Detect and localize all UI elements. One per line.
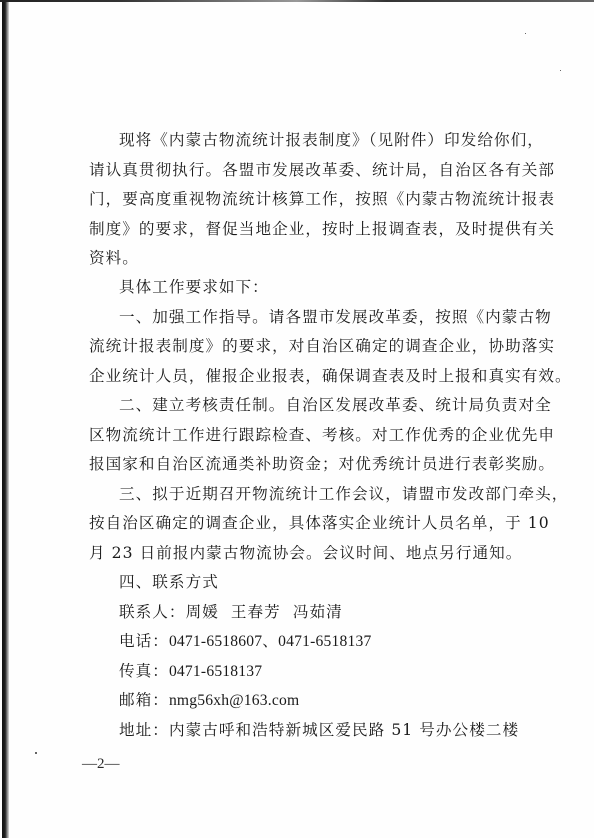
document-body: 现将《内蒙古物流统计报表制度》（见附件）印发给你们， 请认真贯彻执行。各盟市发展… [0,0,594,838]
item-2-line-3: 报国家和自治区流通类补助资金；对优秀统计员进行表彰奖励。 [89,452,521,476]
contact-fax-value: 0471-6518137 [169,663,262,680]
document-page: 现将《内蒙古物流统计报表制度》（见附件）印发给你们， 请认真贯彻执行。各盟市发展… [0,0,594,838]
item-2-line-2: 区物流统计工作进行跟踪检查、考核。对工作优秀的企业优先申 [89,423,521,447]
contact-fax-row: 传真：0471-6518137 [119,659,521,683]
paragraph-intro-line-4: 制度》的要求，督促当地企业，按时上报调查表，及时提供有关 [89,217,521,241]
contact-persons-value: 周媛 王春芳 冯茹清 [186,603,343,621]
paragraph-intro-line-3: 门，要高度重视物流统计核算工作，按照《内蒙古物流统计报表 [89,187,521,211]
item-1-line-3: 企业统计人员，催报企业报表，确保调查表及时上报和真实有效。 [89,364,521,388]
page-number: —2— [82,754,120,774]
contact-email-label: 邮箱： [119,691,169,709]
paragraph-intro-line-5: 资料。 [89,246,521,270]
item-4-heading: 四、联系方式 [119,570,521,594]
item-3-line-1: 三、拟于近期召开物流统计工作会议，请盟市发改部门牵头， [119,482,521,506]
contact-phone-row: 电话：0471-6518607、0471-6518137 [119,629,521,653]
contact-phone-label: 电话： [119,632,169,650]
item-1-line-2: 流统计报表制度》的要求，对自治区确定的调查企业，协助落实 [89,334,521,358]
item-1-line-1: 一、加强工作指导。请各盟市发展改革委，按照《内蒙古物 [119,305,521,329]
item-3-line-3: 月 23 日前报内蒙古物流协会。会议时间、地点另行通知。 [89,541,521,565]
contact-address-value: 内蒙古呼和浩特新城区爱民路 51 号办公楼二楼 [169,721,519,739]
contact-phone-value: 0471-6518607、0471-6518137 [169,633,372,650]
contact-persons-label: 联系人： [119,603,186,621]
item-2-line-1: 二、建立考核责任制。自治区发展改革委、统计局负责对全 [119,393,521,417]
requirements-heading: 具体工作要求如下： [119,275,521,299]
item-3-line-2: 按自治区确定的调查企业，具体落实企业统计人员名单，于 10 [89,511,521,535]
paragraph-intro-line-2: 请认真贯彻执行。各盟市发展改革委、统计局，自治区各有关部 [89,158,521,182]
contact-fax-label: 传真： [119,662,169,680]
contact-persons-row: 联系人：周媛 王春芳 冯茹清 [119,600,521,624]
contact-email-value[interactable]: nmg56xh@163.com [169,692,299,709]
contact-address-label: 地址： [119,721,169,739]
contact-address-row: 地址：内蒙古呼和浩特新城区爱民路 51 号办公楼二楼 [119,718,521,742]
contact-email-row: 邮箱：nmg56xh@163.com [119,688,521,712]
paragraph-intro-line-1: 现将《内蒙古物流统计报表制度》（见附件）印发给你们， [119,128,521,152]
